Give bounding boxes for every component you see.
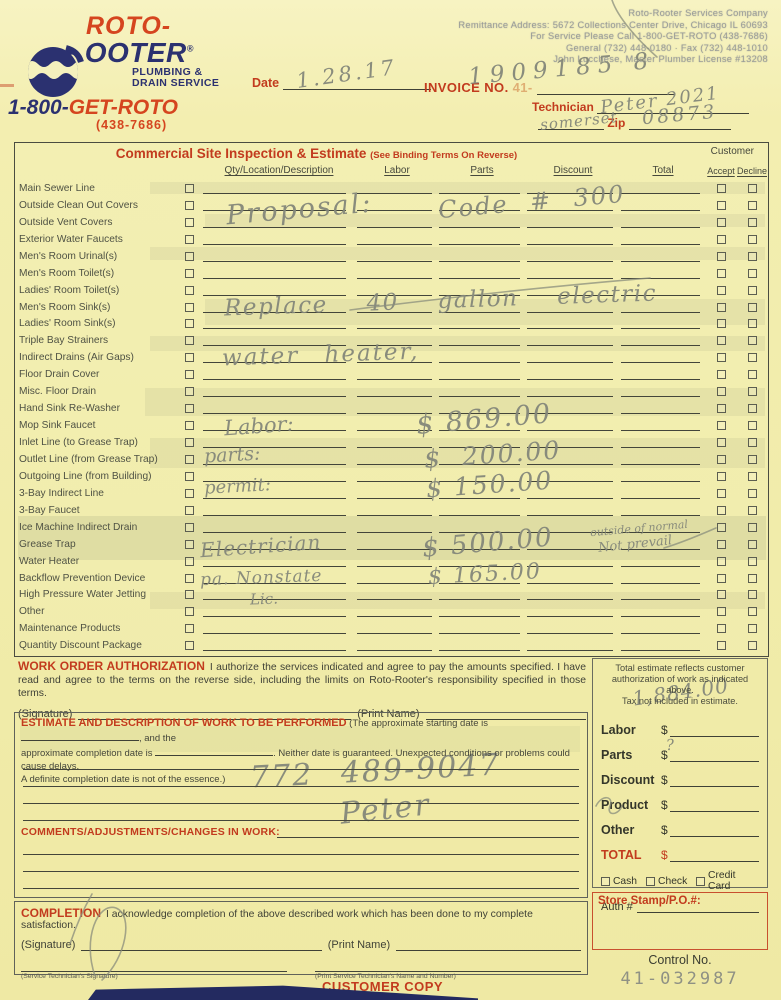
inspection-row: Outside Vent Covers xyxy=(15,213,768,230)
decline-checkbox xyxy=(748,370,757,379)
decline-checkbox xyxy=(748,624,757,633)
accept-checkbox xyxy=(717,319,726,328)
decline-checkbox xyxy=(748,607,757,616)
inspection-row: High Pressure Water Jetting xyxy=(15,586,768,603)
discount-line xyxy=(527,571,613,584)
row-checkbox xyxy=(185,641,194,650)
ruled-line xyxy=(23,820,579,821)
row-label: Men's Room Toilet(s) xyxy=(19,268,183,281)
row-label: Water Heater xyxy=(19,556,183,569)
estimate-heading-block: ESTIMATE AND DESCRIPTION OF WORK TO BE P… xyxy=(15,713,587,786)
description-line xyxy=(203,316,346,329)
accept-checkbox xyxy=(717,607,726,616)
inspection-row: Inlet Line (to Grease Trap) xyxy=(15,433,768,450)
decline-checkbox xyxy=(748,641,757,650)
discount-line xyxy=(527,638,613,651)
description-line xyxy=(203,520,346,533)
accept-checkbox xyxy=(717,557,726,566)
discount-line xyxy=(527,452,613,465)
labor-line xyxy=(357,638,432,651)
accept-checkbox xyxy=(717,590,726,599)
labor-line xyxy=(357,435,432,448)
accept-checkbox xyxy=(717,472,726,481)
estimate-heading: ESTIMATE AND DESCRIPTION OF WORK TO BE P… xyxy=(21,717,347,729)
totals-note: Total estimate reflects customer authori… xyxy=(601,663,759,707)
description-line xyxy=(203,283,346,296)
total-line xyxy=(621,300,700,313)
scanned-invoice-page: ROTO- ROOTER® PLUMBING & DRAIN SERVICE 1… xyxy=(0,0,781,1000)
accept-checkbox xyxy=(717,506,726,515)
parts-line xyxy=(439,300,520,313)
estimate-note-intro: (The approximate starting date is xyxy=(349,718,488,729)
parts-line xyxy=(439,266,520,279)
decline-checkbox xyxy=(748,421,757,430)
totals-row: Discount $ xyxy=(601,762,759,787)
labor-line xyxy=(357,452,432,465)
discount-line xyxy=(527,486,613,499)
date-label: Date xyxy=(252,76,279,90)
parts-line xyxy=(439,215,520,228)
total-line xyxy=(621,638,700,651)
description-line xyxy=(203,469,346,482)
decline-checkbox xyxy=(748,286,757,295)
decline-checkbox xyxy=(748,184,757,193)
total-line xyxy=(621,232,700,245)
discount-line xyxy=(527,401,613,414)
totals-row-line xyxy=(670,772,759,787)
row-label: Misc. Floor Drain xyxy=(19,386,183,399)
description-line xyxy=(203,486,346,499)
description-line xyxy=(203,638,346,651)
total-line xyxy=(621,181,700,194)
city-line xyxy=(538,117,604,130)
accept-checkbox xyxy=(717,421,726,430)
labor-line xyxy=(357,181,432,194)
control-number-value: 41-032987 xyxy=(592,969,768,989)
labor-line xyxy=(357,604,432,617)
discount-line xyxy=(527,587,613,600)
decline-checkbox xyxy=(748,218,757,227)
date-field: Date xyxy=(252,76,431,90)
description-line xyxy=(203,266,346,279)
description-line xyxy=(203,300,346,313)
payment-option: Cash xyxy=(601,876,637,887)
decline-checkbox xyxy=(748,438,757,447)
labor-line xyxy=(357,469,432,482)
labor-line xyxy=(357,486,432,499)
col-total: Total xyxy=(621,165,705,176)
description-line xyxy=(203,367,346,380)
row-checkbox xyxy=(185,540,194,549)
customer-column-label: Customer xyxy=(711,146,754,157)
decline-checkbox xyxy=(748,319,757,328)
description-line xyxy=(203,621,346,634)
row-checkbox xyxy=(185,607,194,616)
decline-checkbox xyxy=(748,506,757,515)
description-line xyxy=(203,587,346,600)
row-checkbox xyxy=(185,523,194,532)
description-line xyxy=(203,435,346,448)
totals-row-line xyxy=(670,747,759,762)
description-line xyxy=(203,384,346,397)
row-label: Outside Vent Covers xyxy=(19,217,183,230)
row-checkbox xyxy=(185,421,194,430)
row-label: Quantity Discount Package xyxy=(19,640,183,653)
description-line xyxy=(203,198,346,211)
completion-signature-label: (Signature) xyxy=(21,939,75,951)
description-line xyxy=(203,401,346,414)
inspection-row: Quantity Discount Package xyxy=(15,636,768,653)
estimate-note-line2: approximate completion date is xyxy=(21,748,153,759)
row-checkbox xyxy=(185,286,194,295)
parts-line xyxy=(439,486,520,499)
description-line xyxy=(203,249,346,262)
totals-row-line xyxy=(670,722,759,737)
labor-line xyxy=(357,571,432,584)
tech-signature-caption: (Service Technician's Signature) xyxy=(21,973,287,980)
payment-checkbox xyxy=(601,877,610,886)
company-info-block: Roto-Rooter Services Company Remittance … xyxy=(300,8,768,66)
totals-row-label: TOTAL xyxy=(601,848,661,862)
parts-line xyxy=(439,435,520,448)
ruled-line xyxy=(23,786,579,787)
labor-line xyxy=(357,520,432,533)
labor-line xyxy=(357,587,432,600)
totals-box: Total estimate reflects customer authori… xyxy=(592,658,768,888)
ruled-line xyxy=(23,888,579,889)
dollar-sign: $ xyxy=(661,848,668,862)
parts-line xyxy=(439,249,520,262)
parts-line xyxy=(439,350,520,363)
payment-option: Check xyxy=(646,876,687,887)
logo-tagline: PLUMBING & DRAIN SERVICE xyxy=(132,67,234,89)
inspection-row: Water Heater xyxy=(15,552,768,569)
row-checkbox xyxy=(185,455,194,464)
inspection-estimate-table: Commercial Site Inspection & Estimate (S… xyxy=(14,142,769,657)
row-checkbox xyxy=(185,438,194,447)
col-parts: Parts xyxy=(439,165,525,176)
labor-line xyxy=(357,266,432,279)
completion-heading: COMPLETION xyxy=(21,906,101,920)
description-line xyxy=(203,350,346,363)
total-line xyxy=(621,469,700,482)
accept-checkbox xyxy=(717,336,726,345)
row-label: Grease Trap xyxy=(19,539,183,552)
col-discount: Discount xyxy=(527,165,619,176)
totals-row: Product $ xyxy=(601,787,759,812)
total-line xyxy=(621,621,700,634)
row-label: Outside Clean Out Covers xyxy=(19,200,183,213)
parts-line xyxy=(439,469,520,482)
total-line xyxy=(621,316,700,329)
inspection-row: Maintenance Products xyxy=(15,619,768,636)
description-line xyxy=(203,232,346,245)
accept-checkbox xyxy=(717,404,726,413)
parts-line xyxy=(439,638,520,651)
total-line xyxy=(621,486,700,499)
inspection-row: Hand Sink Re-Washer xyxy=(15,399,768,416)
row-label: Indirect Drains (Air Gaps) xyxy=(19,352,183,365)
description-line xyxy=(203,554,346,567)
discount-line xyxy=(527,554,613,567)
discount-line xyxy=(527,435,613,448)
col-accept: Accept xyxy=(707,166,735,176)
decline-checkbox xyxy=(748,590,757,599)
row-checkbox xyxy=(185,590,194,599)
store-stamp-box: Store Stamp/P.O.#: xyxy=(592,892,768,950)
table-title: Commercial Site Inspection & Estimate (S… xyxy=(15,146,768,161)
row-checkbox xyxy=(185,303,194,312)
labor-line xyxy=(357,249,432,262)
totals-row: TOTAL $ xyxy=(601,837,759,862)
decline-checkbox xyxy=(748,252,757,261)
discount-line xyxy=(527,215,613,228)
work-order-authorization: WORK ORDER AUTHORIZATIONI authorize the … xyxy=(18,660,586,720)
totals-row-label: Product xyxy=(601,798,661,812)
labor-line xyxy=(357,333,432,346)
labor-line xyxy=(357,503,432,516)
inspection-row: Ladies' Room Toilet(s) xyxy=(15,281,768,298)
logo-phone-digits: (438-7686) xyxy=(96,118,167,132)
col-description: Qty/Location/Description xyxy=(203,165,355,176)
column-headers: Qty/Location/Description Labor Parts Dis… xyxy=(15,161,768,176)
total-line xyxy=(621,418,700,431)
decline-checkbox xyxy=(748,201,757,210)
total-line xyxy=(621,401,700,414)
total-line xyxy=(621,554,700,567)
row-label: Outgoing Line (from Building) xyxy=(19,471,183,484)
row-checkbox xyxy=(185,370,194,379)
row-label: Maintenance Products xyxy=(19,623,183,636)
logo-tagline-2: DRAIN SERVICE xyxy=(132,78,234,89)
payment-options: Cash Check Credit Card xyxy=(601,870,759,892)
totals-row: Other $ xyxy=(601,812,759,837)
row-label: Hand Sink Re-Washer xyxy=(19,403,183,416)
row-checkbox xyxy=(185,489,194,498)
discount-line xyxy=(527,232,613,245)
total-line xyxy=(621,266,700,279)
row-label: Ladies' Room Toilet(s) xyxy=(19,285,183,298)
dollar-sign: $ xyxy=(661,723,668,737)
labor-line xyxy=(357,621,432,634)
decline-checkbox xyxy=(748,472,757,481)
parts-line xyxy=(439,452,520,465)
tech-name-line xyxy=(315,961,581,972)
totals-row-line xyxy=(670,797,759,812)
labor-line xyxy=(357,232,432,245)
row-checkbox xyxy=(185,319,194,328)
row-label: 3-Bay Indirect Line xyxy=(19,488,183,501)
inspection-row: Triple Bay Strainers xyxy=(15,331,768,348)
decline-checkbox xyxy=(748,235,757,244)
discount-line xyxy=(527,316,613,329)
description-line xyxy=(203,215,346,228)
accept-checkbox xyxy=(717,641,726,650)
parts-line xyxy=(439,367,520,380)
parts-line xyxy=(439,181,520,194)
ruled-line xyxy=(23,871,579,872)
table-title-note: (See Binding Terms On Reverse) xyxy=(370,150,517,161)
accept-checkbox xyxy=(717,201,726,210)
invoice-label: INVOICE NO. xyxy=(424,80,509,95)
completion-print-name-line xyxy=(396,938,581,951)
payment-checkbox xyxy=(696,877,705,886)
description-line xyxy=(203,604,346,617)
total-line xyxy=(621,333,700,346)
total-line xyxy=(621,587,700,600)
inspection-row: Outlet Line (from Grease Trap) xyxy=(15,450,768,467)
row-label: High Pressure Water Jetting xyxy=(19,589,183,602)
row-checkbox xyxy=(185,624,194,633)
decline-checkbox xyxy=(748,540,757,549)
parts-line xyxy=(439,571,520,584)
inspection-row: Grease Trap xyxy=(15,535,768,552)
row-checkbox xyxy=(185,184,194,193)
total-line xyxy=(621,503,700,516)
ruled-line xyxy=(23,803,579,804)
zip-label: Zip xyxy=(607,116,625,130)
technician-label: Technician xyxy=(532,100,594,114)
payment-label: Credit Card xyxy=(708,870,759,892)
labor-line xyxy=(357,215,432,228)
parts-line xyxy=(439,587,520,600)
technician-signature-row: (Service Technician's Signature) (Print … xyxy=(21,961,581,980)
row-checkbox xyxy=(185,269,194,278)
inspection-row: Misc. Floor Drain xyxy=(15,382,768,399)
total-line xyxy=(621,537,700,550)
start-date-line xyxy=(21,730,139,741)
accept-checkbox xyxy=(717,523,726,532)
accept-checkbox xyxy=(717,624,726,633)
tech-name-block: (Print Service Technician's Name and Num… xyxy=(315,961,581,980)
completion-print-name-label: (Print Name) xyxy=(328,939,390,951)
inspection-row: Exterior Water Faucets xyxy=(15,230,768,247)
discount-line xyxy=(527,384,613,397)
labor-line xyxy=(357,367,432,380)
labor-line xyxy=(357,418,432,431)
discount-line xyxy=(527,283,613,296)
inspection-row: Mop Sink Faucet xyxy=(15,416,768,433)
totals-row-label: Parts xyxy=(601,748,661,762)
ruled-line xyxy=(23,854,579,855)
parts-line xyxy=(439,333,520,346)
row-label: Men's Room Sink(s) xyxy=(19,302,183,315)
accept-checkbox xyxy=(717,370,726,379)
parts-line xyxy=(439,520,520,533)
accept-checkbox xyxy=(717,252,726,261)
invoice-line xyxy=(537,82,675,95)
inspection-row: Outside Clean Out Covers xyxy=(15,196,768,213)
discount-line xyxy=(527,300,613,313)
totals-row-label: Other xyxy=(601,823,661,837)
row-checkbox xyxy=(185,404,194,413)
zip-field: Zip xyxy=(538,116,731,130)
row-checkbox xyxy=(185,235,194,244)
inspection-row: Men's Room Sink(s) xyxy=(15,298,768,315)
row-label: Main Sewer Line xyxy=(19,183,183,196)
parts-line xyxy=(439,283,520,296)
parts-line xyxy=(439,503,520,516)
technician-field: Technician xyxy=(532,100,749,114)
total-line xyxy=(621,435,700,448)
completion-signature-row: (Signature) (Print Name) xyxy=(21,938,581,951)
row-checkbox xyxy=(185,557,194,566)
tech-signature-block: (Service Technician's Signature) xyxy=(21,961,287,980)
description-line xyxy=(203,333,346,346)
accept-checkbox xyxy=(717,353,726,362)
parts-line xyxy=(439,537,520,550)
payment-label: Cash xyxy=(613,876,637,887)
tech-signature-line xyxy=(21,961,287,972)
inspection-row: Men's Room Toilet(s) xyxy=(15,264,768,281)
inspection-rows: Main Sewer Line Outside Clean Out Covers xyxy=(15,179,768,653)
dollar-sign: $ xyxy=(661,748,668,762)
table-header: Commercial Site Inspection & Estimate (S… xyxy=(15,143,768,179)
decline-checkbox xyxy=(748,557,757,566)
totals-note-line: authorization of work as indicated above… xyxy=(601,674,759,696)
completion-section: COMPLETIONI acknowledge completion of th… xyxy=(14,901,588,975)
labor-line xyxy=(357,350,432,363)
table-title-text: Commercial Site Inspection & Estimate xyxy=(116,146,367,161)
completion-signature-line xyxy=(81,938,321,951)
row-label: Outlet Line (from Grease Trap) xyxy=(19,454,183,467)
estimate-description-section: ESTIMATE AND DESCRIPTION OF WORK TO BE P… xyxy=(14,712,588,898)
invoice-prefix: 41- xyxy=(513,80,533,95)
decline-checkbox xyxy=(748,353,757,362)
inspection-row: Ice Machine Indirect Drain xyxy=(15,518,768,535)
parts-line xyxy=(439,621,520,634)
inspection-row: Indirect Drains (Air Gaps) xyxy=(15,348,768,365)
col-labor: Labor xyxy=(357,165,437,176)
discount-line xyxy=(527,367,613,380)
parts-line xyxy=(439,198,520,211)
total-line xyxy=(621,198,700,211)
decline-checkbox xyxy=(748,387,757,396)
total-line xyxy=(621,384,700,397)
labor-line xyxy=(357,401,432,414)
labor-line xyxy=(357,554,432,567)
decline-checkbox xyxy=(748,404,757,413)
totals-row-label: Discount xyxy=(601,773,661,787)
parts-line xyxy=(439,418,520,431)
row-label: Ice Machine Indirect Drain xyxy=(19,522,183,535)
row-checkbox xyxy=(185,574,194,583)
zip-line xyxy=(629,117,731,130)
row-checkbox xyxy=(185,336,194,345)
discount-line xyxy=(527,198,613,211)
phone-prefix: 1-800- xyxy=(8,96,69,119)
inspection-row: Outgoing Line (from Building) xyxy=(15,467,768,484)
inspection-row: Men's Room Urinal(s) xyxy=(15,247,768,264)
estimate-note-line3: A definite completion date is not of the… xyxy=(21,774,225,785)
row-label: 3-Bay Faucet xyxy=(19,505,183,518)
parts-line xyxy=(439,401,520,414)
parts-line xyxy=(439,232,520,245)
total-line xyxy=(621,520,700,533)
comments-heading: COMMENTS/ADJUSTMENTS/CHANGES IN WORK: xyxy=(21,826,280,838)
discount-line xyxy=(527,520,613,533)
totals-row: Parts $ xyxy=(601,737,759,762)
row-checkbox xyxy=(185,506,194,515)
inspection-row: Other xyxy=(15,602,768,619)
discount-line xyxy=(527,604,613,617)
total-line xyxy=(621,249,700,262)
completion-date-line xyxy=(155,745,273,756)
totals-row: Labor $ xyxy=(601,712,759,737)
accept-checkbox xyxy=(717,286,726,295)
row-label: Ladies' Room Sink(s) xyxy=(19,318,183,331)
accept-checkbox xyxy=(717,218,726,227)
